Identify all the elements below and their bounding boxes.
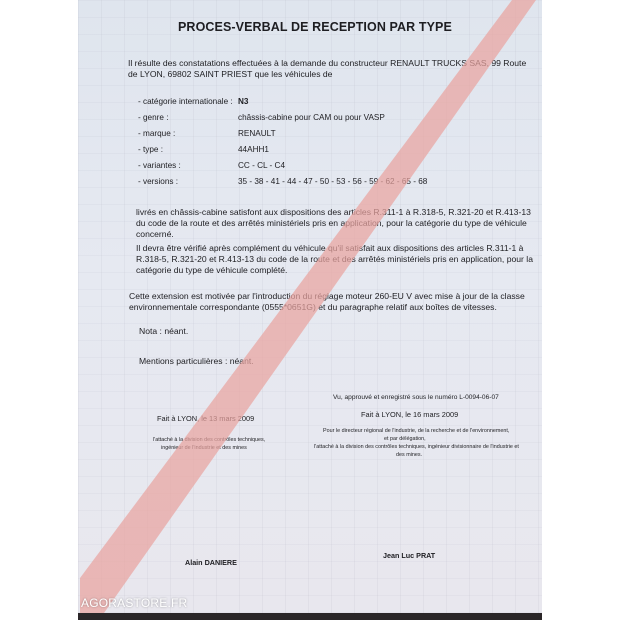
field-value-marque: RENAULT (238, 129, 276, 138)
intro-line-1: Il résulte des constatations effectuées … (128, 58, 526, 69)
nota-text: Nota : néant. (139, 326, 188, 337)
document-title: PROCES-VERBAL DE RECEPTION PAR TYPE (178, 20, 452, 34)
field-value-variantes: CC - CL - C4 (238, 161, 285, 170)
left-place-date: Fait à LYON, le 13 mars 2009 (157, 414, 254, 423)
left-role-line-2: ingénieur de l'industrie et des mines (161, 445, 247, 452)
right-place-date: Fait à LYON, le 16 mars 2009 (361, 410, 458, 419)
field-label-type: - type : (138, 145, 163, 154)
field-value-category: N3 (238, 97, 248, 106)
field-label-marque: - marque : (138, 129, 175, 138)
right-role-line-2: et par délégation, (384, 436, 426, 443)
background-surface (78, 613, 542, 620)
field-value-type: 44AHH1 (238, 145, 269, 154)
right-role-line-1: Pour le directeur régional de l'industri… (323, 428, 509, 435)
right-signatory: Jean Luc PRAT (383, 551, 435, 560)
field-value-genre: châssis-cabine pour CAM ou pour VASP (238, 113, 385, 122)
paragraph3-line-2: environnementale correspondante (0555*06… (129, 302, 497, 313)
paragraph2-line-1: Il devra être vérifié après complément d… (136, 243, 523, 254)
right-role-line-4: des mines. (396, 452, 422, 459)
paragraph1-line-2: du code de la route et des arrêtés minis… (136, 218, 527, 229)
left-role-line-1: l'attaché à la division des contrôles te… (153, 437, 265, 444)
mentions-text: Mentions particulières : néant. (139, 356, 254, 367)
field-value-versions: 35 - 38 - 41 - 44 - 47 - 50 - 53 - 56 - … (238, 177, 427, 186)
field-label-versions: - versions : (138, 177, 178, 186)
paragraph1-line-3: concerné. (136, 229, 174, 240)
field-label-category: - catégorie internationale : (138, 97, 233, 106)
watermark-text: AGORASTORE.FR (81, 596, 187, 610)
field-label-genre: - genre : (138, 113, 169, 122)
paragraph1-line-1: livrés en châssis-cabine satisfont aux d… (136, 207, 531, 218)
paragraph2-line-3: catégorie du type de véhicule complété. (136, 265, 287, 276)
approval-text: Vu, approuvé et enregistré sous le numér… (333, 394, 499, 401)
paragraph2-line-2: R.318-5, R.321-20 et R.413-13 du code de… (136, 254, 533, 265)
paragraph3-line-1: Cette extension est motivée par l'introd… (129, 291, 525, 302)
intro-line-2: de LYON, 69802 SAINT PRIEST que les véhi… (128, 69, 332, 80)
field-label-variantes: - variantes : (138, 161, 181, 170)
right-role-line-3: l'attaché à la division des contrôles te… (314, 444, 519, 451)
left-signatory: Alain DANIERE (185, 558, 237, 567)
